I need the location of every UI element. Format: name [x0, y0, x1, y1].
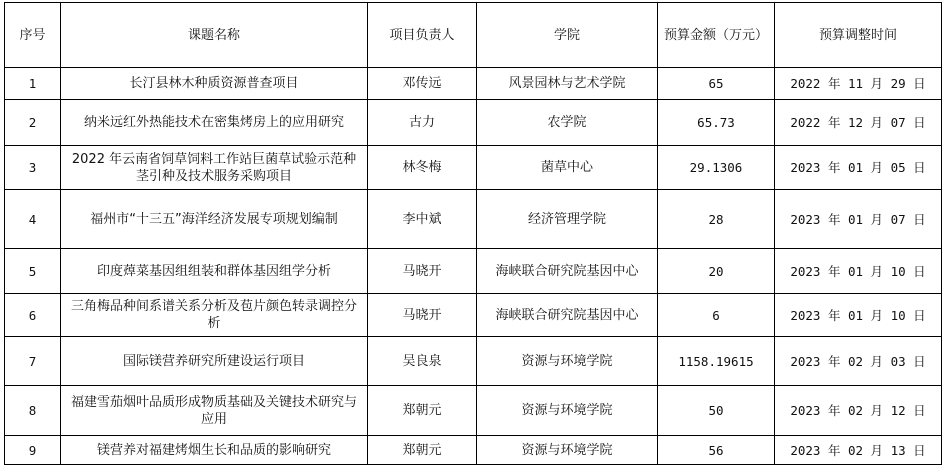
- cell-date: 2023 年 02 月 12 日: [775, 386, 942, 436]
- cell-amount: 65: [658, 68, 775, 100]
- cell-index: 1: [5, 68, 61, 100]
- cell-leader: 郑朝元: [368, 386, 477, 436]
- cell-title: 印度蔊菜基因组组装和群体基因组学分析: [61, 249, 368, 294]
- cell-index: 3: [5, 146, 61, 190]
- cell-leader: 邓传远: [368, 68, 477, 100]
- cell-leader: 郑朝元: [368, 436, 477, 465]
- cell-school: 经济管理学院: [477, 190, 658, 249]
- cell-index: 9: [5, 436, 61, 465]
- cell-date: 2023 年 01 月 10 日: [775, 294, 942, 337]
- cell-amount: 56: [658, 436, 775, 465]
- table-row: 7国际镁营养研究所建设运行项目吴良泉资源与环境学院1158.196152023 …: [5, 337, 942, 386]
- budget-adjustment-table: 序号 课题名称 项目负责人 学院 预算金额（万元） 预算调整时间 1长汀县林木种…: [4, 2, 942, 465]
- cell-leader: 李中斌: [368, 190, 477, 249]
- cell-title: 福州市“十三五”海洋经济发展专项规划编制: [61, 190, 368, 249]
- header-index: 序号: [5, 3, 61, 68]
- table-row: 5印度蔊菜基因组组装和群体基因组学分析马晓开海峡联合研究院基因中心202023 …: [5, 249, 942, 294]
- cell-index: 5: [5, 249, 61, 294]
- table-row: 32022 年云南省饲草饲料工作站巨菌草试验示范种茎引种及技术服务采购项目林冬梅…: [5, 146, 942, 190]
- cell-title: 福建雪茄烟叶品质形成物质基础及关键技术研究与应用: [61, 386, 368, 436]
- cell-leader: 马晓开: [368, 294, 477, 337]
- cell-school: 资源与环境学院: [477, 337, 658, 386]
- cell-index: 4: [5, 190, 61, 249]
- cell-amount: 29.1306: [658, 146, 775, 190]
- table-row: 8福建雪茄烟叶品质形成物质基础及关键技术研究与应用郑朝元资源与环境学院50202…: [5, 386, 942, 436]
- cell-title: 2022 年云南省饲草饲料工作站巨菌草试验示范种茎引种及技术服务采购项目: [61, 146, 368, 190]
- header-school: 学院: [477, 3, 658, 68]
- cell-title: 三角梅品种间系谱关系分析及苞片颜色转录调控分析: [61, 294, 368, 337]
- cell-date: 2023 年 01 月 07 日: [775, 190, 942, 249]
- table-row: 6三角梅品种间系谱关系分析及苞片颜色转录调控分析马晓开海峡联合研究院基因中心62…: [5, 294, 942, 337]
- cell-date: 2022 年 12 月 07 日: [775, 100, 942, 146]
- cell-index: 8: [5, 386, 61, 436]
- cell-index: 6: [5, 294, 61, 337]
- header-date: 预算调整时间: [775, 3, 942, 68]
- cell-leader: 古力: [368, 100, 477, 146]
- cell-date: 2023 年 02 月 13 日: [775, 436, 942, 465]
- cell-amount: 1158.19615: [658, 337, 775, 386]
- cell-amount: 50: [658, 386, 775, 436]
- cell-school: 资源与环境学院: [477, 386, 658, 436]
- cell-index: 7: [5, 337, 61, 386]
- header-amount: 预算金额（万元）: [658, 3, 775, 68]
- cell-title: 长汀县林木种质资源普查项目: [61, 68, 368, 100]
- cell-date: 2023 年 01 月 10 日: [775, 249, 942, 294]
- cell-title: 镁营养对福建烤烟生长和品质的影响研究: [61, 436, 368, 465]
- cell-school: 海峡联合研究院基因中心: [477, 294, 658, 337]
- cell-date: 2022 年 11 月 29 日: [775, 68, 942, 100]
- cell-amount: 28: [658, 190, 775, 249]
- cell-leader: 吴良泉: [368, 337, 477, 386]
- cell-school: 菌草中心: [477, 146, 658, 190]
- cell-leader: 马晓开: [368, 249, 477, 294]
- cell-leader: 林冬梅: [368, 146, 477, 190]
- cell-school: 海峡联合研究院基因中心: [477, 249, 658, 294]
- table-header-row: 序号 课题名称 项目负责人 学院 预算金额（万元） 预算调整时间: [5, 3, 942, 68]
- table-row: 4福州市“十三五”海洋经济发展专项规划编制李中斌经济管理学院282023 年 0…: [5, 190, 942, 249]
- cell-school: 资源与环境学院: [477, 436, 658, 465]
- table-row: 1长汀县林木种质资源普查项目邓传远风景园林与艺术学院652022 年 11 月 …: [5, 68, 942, 100]
- cell-title: 纳米远红外热能技术在密集烤房上的应用研究: [61, 100, 368, 146]
- cell-school: 风景园林与艺术学院: [477, 68, 658, 100]
- header-title: 课题名称: [61, 3, 368, 68]
- table-row: 2纳米远红外热能技术在密集烤房上的应用研究古力农学院65.732022 年 12…: [5, 100, 942, 146]
- cell-amount: 65.73: [658, 100, 775, 146]
- cell-date: 2023 年 01 月 05 日: [775, 146, 942, 190]
- cell-index: 2: [5, 100, 61, 146]
- cell-title: 国际镁营养研究所建设运行项目: [61, 337, 368, 386]
- cell-amount: 20: [658, 249, 775, 294]
- header-leader: 项目负责人: [368, 3, 477, 68]
- cell-school: 农学院: [477, 100, 658, 146]
- cell-date: 2023 年 02 月 03 日: [775, 337, 942, 386]
- table-row: 9镁营养对福建烤烟生长和品质的影响研究郑朝元资源与环境学院562023 年 02…: [5, 436, 942, 465]
- cell-amount: 6: [658, 294, 775, 337]
